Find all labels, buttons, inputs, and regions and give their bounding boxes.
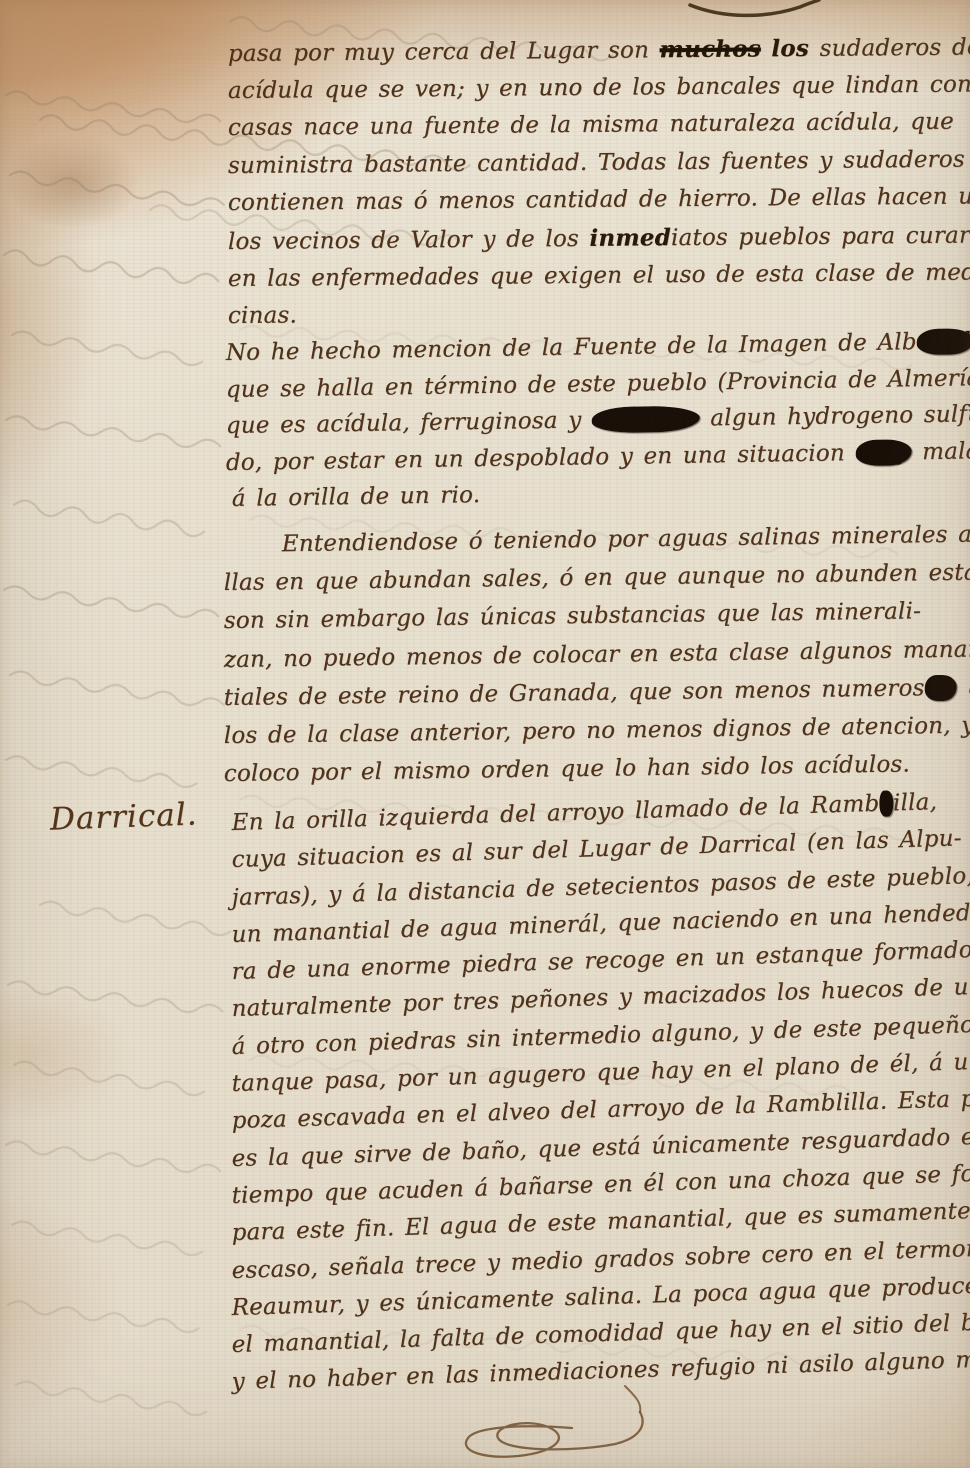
ghost-writing-line [5, 90, 221, 126]
marginal-note: Darrical. [50, 799, 199, 835]
ghost-writing-line [13, 499, 205, 538]
ghost-writing-line [11, 330, 203, 367]
ghost-writing-line [15, 1380, 207, 1417]
ghost-writing-line [13, 1060, 205, 1097]
ghost-writing-line [7, 980, 223, 1016]
ghost-writing-line [11, 1220, 203, 1257]
paragraph-fuente-albuladuy: No he hecho mencion de la Fuente de la I… [226, 342, 970, 525]
paragraph-darrical: En la orilla izquierda del arroyo llamad… [232, 812, 970, 1409]
manuscript-line: á la orilla de un rio. [226, 477, 970, 525]
ghost-writing-line [5, 1140, 221, 1176]
ghost-writing-line [5, 755, 197, 788]
manuscript-page: Darrical. pasa por muy cerca del Lugar s… [0, 0, 970, 1468]
pen-flourish-bottom-icon [466, 1412, 643, 1457]
cut-off-stroke-top-icon [690, 0, 819, 15]
ghost-writing-line [7, 1300, 199, 1333]
ghost-writing-line [3, 249, 219, 287]
ghost-writing-line [9, 670, 224, 710]
ghost-writing-line [3, 585, 219, 621]
ghost-writing-line [39, 900, 231, 937]
ghost-writing-line [9, 170, 224, 210]
paragraph-aguas-salinas: Entendiendose ó teniendo por aguas salin… [224, 534, 970, 801]
paragraph-fuentes-acidulas: pasa por muy cerca del Lugar son muchos … [228, 42, 970, 343]
ghost-writing-line [5, 415, 221, 451]
